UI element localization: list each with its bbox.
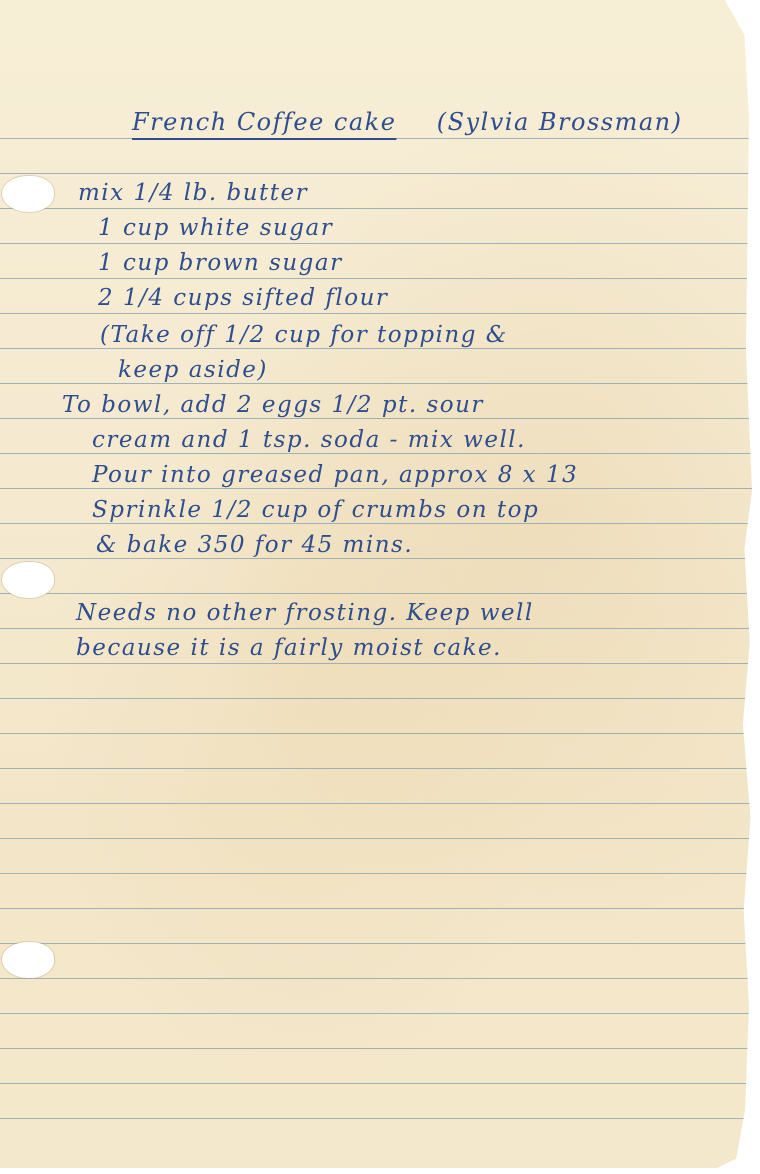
- punch-hole: [2, 942, 54, 978]
- ruled-line: [0, 978, 755, 979]
- ruled-line: [0, 873, 755, 874]
- ruled-line: [0, 698, 755, 699]
- note-line: because it is a fairly moist cake.: [76, 635, 502, 661]
- method-line: Sprinkle 1/2 cup of crumbs on top: [92, 497, 539, 523]
- ingredient-line: (Take off 1/2 cup for topping &: [100, 322, 508, 348]
- note-line: Needs no other frosting. Keep well: [76, 600, 534, 626]
- ingredient-line: keep aside): [118, 357, 268, 383]
- ruled-line: [0, 1013, 755, 1014]
- ruled-line: [0, 173, 755, 174]
- method-line: To bowl, add 2 eggs 1/2 pt. sour: [62, 392, 484, 418]
- ruled-line: [0, 908, 755, 909]
- punch-hole: [2, 176, 54, 212]
- method-line: & bake 350 for 45 mins.: [96, 532, 413, 558]
- recipe-title-main: French Coffee cake: [132, 108, 396, 136]
- ingredient-line: 1 cup white sugar: [98, 215, 333, 241]
- ruled-line: [0, 1118, 755, 1119]
- ruled-line: [0, 768, 755, 769]
- recipe-attribution: (Sylvia Brossman): [437, 108, 683, 136]
- ruled-line: [0, 1048, 755, 1049]
- punch-hole: [2, 562, 54, 598]
- ruled-line: [0, 943, 755, 944]
- ingredient-line: 2 1/4 cups sifted flour: [98, 285, 388, 311]
- recipe-title: French Coffee cake (Sylvia Brossman): [132, 108, 683, 136]
- ingredient-line: mix 1/4 lb. butter: [78, 180, 308, 206]
- ingredient-line: 1 cup brown sugar: [98, 250, 343, 276]
- method-line: cream and 1 tsp. soda - mix well.: [92, 427, 526, 453]
- ruled-line: [0, 1083, 755, 1084]
- recipe-paper: French Coffee cake (Sylvia Brossman) mix…: [0, 0, 755, 1168]
- ruled-line: [0, 803, 755, 804]
- ruled-line: [0, 733, 755, 734]
- ruled-line: [0, 838, 755, 839]
- method-line: Pour into greased pan, approx 8 x 13: [92, 462, 578, 488]
- ruled-line: [0, 138, 755, 139]
